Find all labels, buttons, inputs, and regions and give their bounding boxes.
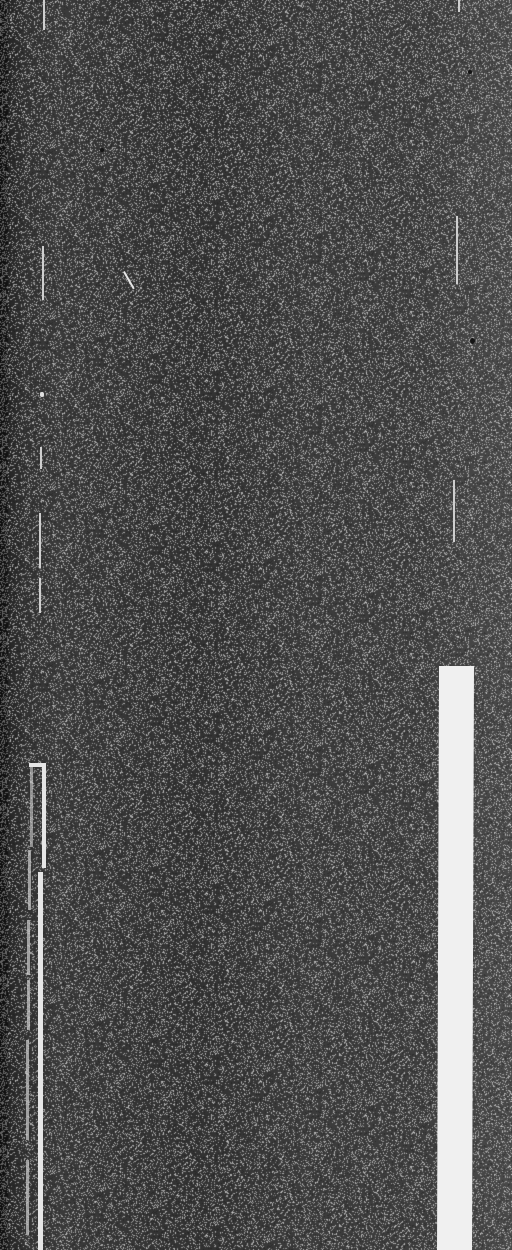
left-lane-dash	[42, 246, 44, 300]
left-broken-line	[27, 920, 30, 975]
pothole	[470, 338, 475, 344]
right-lane-dash	[456, 216, 458, 284]
pothole	[468, 70, 472, 74]
right-lane-dash	[453, 480, 455, 542]
left-lane-spot	[40, 392, 44, 397]
pothole	[100, 148, 104, 152]
asphalt-texture	[0, 0, 512, 1250]
road-photo	[0, 0, 512, 1250]
right-wide-solid-line	[437, 666, 474, 1250]
left-lane-dash	[39, 513, 41, 568]
left-lane-dash	[40, 447, 42, 469]
right-lane-dash	[458, 0, 460, 12]
left-broken-line	[26, 1040, 29, 1140]
left-broken-line	[27, 980, 30, 1030]
left-lane-dash	[43, 0, 45, 30]
left-broken-line	[28, 850, 31, 910]
left-broken-line	[26, 1160, 29, 1235]
left-edge-box-right	[42, 763, 46, 868]
left-edge-box-left	[30, 767, 33, 847]
left-lane-dash	[39, 578, 41, 613]
left-solid-edge-line	[38, 872, 43, 1250]
